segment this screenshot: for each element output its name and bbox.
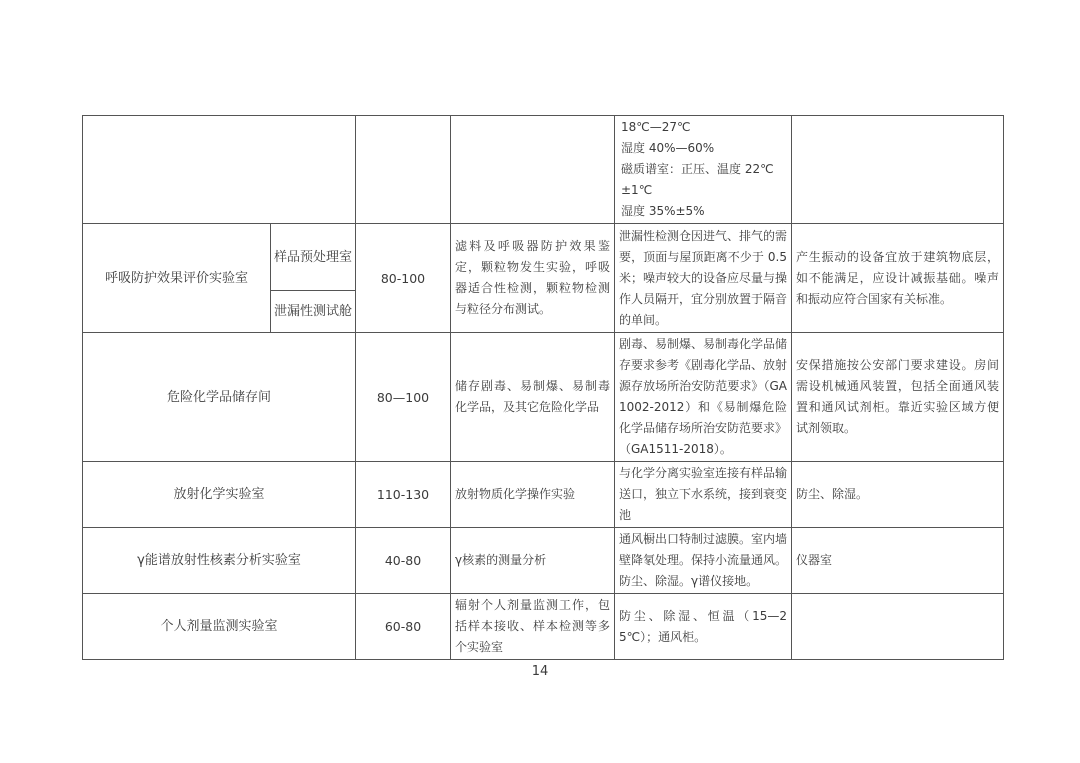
table-row-respiratory-lab: 呼吸防护效果评价实验室 样品预处理室 80-100 滤料及呼吸器防护效果鉴定，颗… [83,224,1004,291]
cell-environment-requirements: 剧毒、易制爆、易制毒化学品储存要求参考《剧毒化学品、放射源存放场所治安防范要求》… [615,333,792,462]
cell-remark-empty [792,594,1004,660]
cell-function: γ核素的测量分析 [451,528,615,594]
cell-remark: 仪器室 [792,528,1004,594]
cell-function: 储存剧毒、易制爆、易制毒化学品，及其它危险化学品 [451,333,615,462]
cell-environment-requirements: 防尘、除湿、恒温（15—25℃）；通风柜。 [615,594,792,660]
lab-spec-table: 18℃—27℃ 湿度 40%—60% 磁质谱室：正压、温度 22℃±1℃ 湿度 … [82,115,1004,660]
cell-area: 80—100 [356,333,451,462]
cell-environment-requirements: 泄漏性检测仓因进气、排气的需要，顶面与屋顶距离不少于 0.5 米；噪声较大的设备… [615,224,792,333]
cell-environment-requirements: 与化学分离实验室连接有样品输送口，独立下水系统，接到衰变池 [615,462,792,528]
cell-subroom-leakage-chamber: 泄漏性测试舱 [271,291,356,333]
cell-lab-name: 危险化学品储存间 [83,333,356,462]
cell-lab-name: γ能谱放射性核素分析实验室 [83,528,356,594]
cell-lab-name: 呼吸防护效果评价实验室 [83,224,271,333]
cell-function-continued [451,116,615,224]
document-page: 18℃—27℃ 湿度 40%—60% 磁质谱室：正压、温度 22℃±1℃ 湿度 … [0,0,1080,763]
cell-remark: 产生振动的设备宜放于建筑物底层，如不能满足，应设计减振基础。噪声和振动应符合国家… [792,224,1004,333]
table-row-personal-dose-lab: 个人剂量监测实验室 60-80 辐射个人剂量监测工作，包括样本接收、样本检测等多… [83,594,1004,660]
cell-function: 放射物质化学操作实验 [451,462,615,528]
table-row-hazchem-storage: 危险化学品储存间 80—100 储存剧毒、易制爆、易制毒化学品，及其它危险化学品… [83,333,1004,462]
table-row-continuation: 18℃—27℃ 湿度 40%—60% 磁质谱室：正压、温度 22℃±1℃ 湿度 … [83,116,1004,224]
cell-subroom-pretreatment: 样品预处理室 [271,224,356,291]
cell-area-continued [356,116,451,224]
cell-remark-empty [792,116,1004,224]
cell-area: 80-100 [356,224,451,333]
cell-function: 滤料及呼吸器防护效果鉴定，颗粒物发生实验，呼吸器适合性检测，颗粒物检测与粒径分布… [451,224,615,333]
cell-remark: 安保措施按公安部门要求建设。房间需设机械通风装置，包括全面通风装置和通风试剂柜。… [792,333,1004,462]
cell-area: 110-130 [356,462,451,528]
cell-remark: 防尘、除湿。 [792,462,1004,528]
cell-area: 40-80 [356,528,451,594]
page-number: 14 [0,664,1080,679]
cell-environment-requirements: 通风橱出口特制过滤膜。室内墙壁降氡处理。保持小流量通风。防尘、除湿。γ谱仪接地。 [615,528,792,594]
cell-environment-requirements: 18℃—27℃ 湿度 40%—60% 磁质谱室：正压、温度 22℃±1℃ 湿度 … [615,116,792,224]
cell-lab-continued [83,116,356,224]
cell-lab-name: 放射化学实验室 [83,462,356,528]
cell-function: 辐射个人剂量监测工作，包括样本接收、样本检测等多个实验室 [451,594,615,660]
table-row-gamma-spectrometry-lab: γ能谱放射性核素分析实验室 40-80 γ核素的测量分析 通风橱出口特制过滤膜。… [83,528,1004,594]
cell-area: 60-80 [356,594,451,660]
cell-lab-name: 个人剂量监测实验室 [83,594,356,660]
table-row-radiochemistry-lab: 放射化学实验室 110-130 放射物质化学操作实验 与化学分离实验室连接有样品… [83,462,1004,528]
